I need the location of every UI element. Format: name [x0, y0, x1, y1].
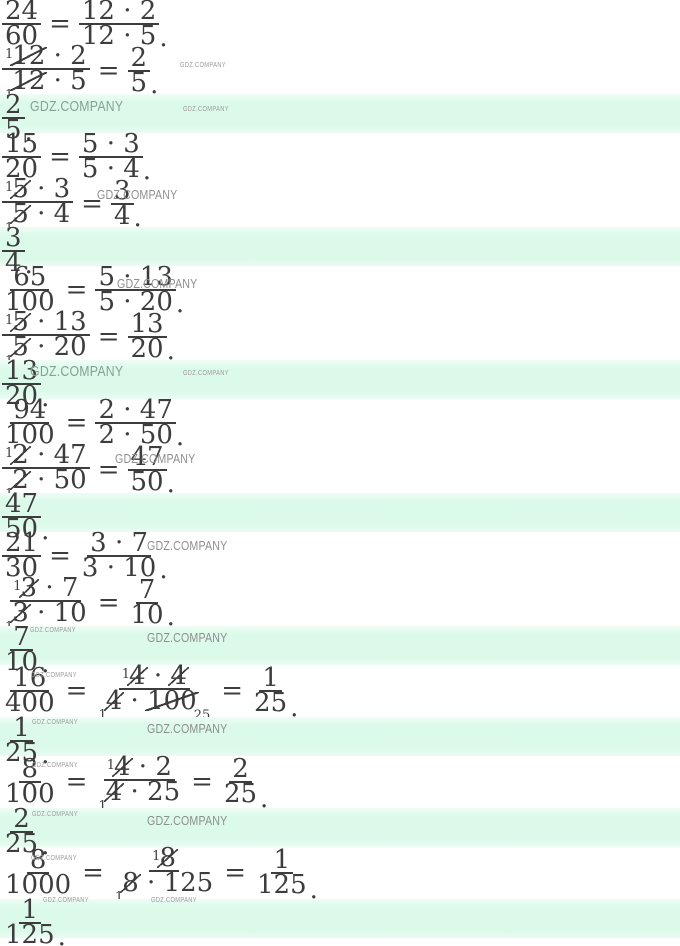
fraction: 15 · 1315 · 20 — [2, 312, 90, 362]
math-text: 5 — [131, 68, 148, 98]
cancelled-factor-icon: 12 — [12, 46, 45, 67]
solution-steps: 94100=2 · 472 · 50.12 · 4712 · 50=4750. — [0, 399, 680, 493]
math-text: · 5 — [45, 66, 86, 96]
watermark-text: GDZ.COMPANY — [151, 897, 197, 904]
answer-fraction: 34. — [2, 228, 33, 274]
math-step-line: 13 · 713 · 10=710. — [0, 579, 680, 626]
equals-sign: = — [49, 541, 71, 571]
period-mark: . — [176, 299, 184, 309]
cancelled-factor-icon: 4 — [106, 782, 123, 803]
math-step-line: 65100=5 · 135 · 20. — [0, 266, 680, 313]
watermark-text: GDZ.COMPANY — [32, 811, 78, 818]
cancelled-factor-icon: 4 — [114, 757, 131, 778]
equals-sign: = — [82, 858, 104, 888]
period-mark: . — [41, 526, 49, 536]
equals-sign: = — [98, 56, 120, 86]
watermark-text: GDZ.COMPANY — [31, 855, 77, 862]
cancelled-factor-icon: 2 — [12, 445, 29, 466]
watermark-text: GDZ.COMPANY — [147, 813, 227, 828]
problem-block: 81000=1818 · 125=1125.1125. — [0, 847, 680, 938]
math-step-line: 2460=12 · 212 · 5. — [0, 0, 680, 47]
watermark-text: GDZ.COMPANY — [183, 106, 229, 113]
solution-steps: 2460=12 · 212 · 5.112 · 2112 · 5=25. — [0, 0, 680, 94]
period-mark: . — [25, 260, 33, 270]
cancelled-factor-icon: 8 — [122, 873, 139, 894]
solution-steps: 1520=5 · 35 · 4.15 · 315 · 4=34. — [0, 133, 680, 227]
cancelled-factor-icon: 12 — [12, 71, 45, 92]
denominator: 12 · 5 — [79, 25, 159, 47]
denominator: 125 — [254, 874, 310, 896]
fraction: 5 · 35 · 4 — [79, 134, 143, 180]
watermark-text: GDZ.COMPANY — [180, 62, 226, 69]
period-mark: . — [260, 794, 268, 804]
math-text: · 125 — [139, 868, 213, 898]
denominator: 10 — [2, 651, 41, 673]
period-mark: . — [25, 127, 33, 137]
cancelled-factor-icon: 3 — [21, 578, 38, 599]
fraction: 34 — [2, 228, 25, 274]
math-text: 4 — [114, 201, 131, 231]
denominator: 5 — [2, 119, 25, 141]
math-text: · 25 — [122, 777, 180, 807]
problem-block: 2130=3 · 73 · 10.13 · 713 · 10=710.710. — [0, 532, 680, 665]
fraction: 13 · 713 · 10 — [2, 578, 90, 628]
watermark-text: GDZ.COMPANY — [147, 630, 227, 645]
watermark-text: GDZ.COMPANY — [32, 762, 78, 769]
answer-highlight-band: 710. — [0, 626, 680, 665]
answer-fraction: 1125. — [2, 900, 66, 946]
solution-steps: 81000=1818 · 125=1125. — [0, 847, 680, 899]
fraction: 2 · 472 · 50 — [95, 400, 175, 446]
math-text: · 4 — [29, 199, 70, 229]
fraction: 25 — [2, 95, 25, 141]
denominator: 5 — [128, 72, 151, 94]
answer-highlight-band: 34. — [0, 227, 680, 266]
equals-sign: = — [66, 408, 88, 438]
math-step-line: 112 · 2112 · 5=25. — [0, 47, 680, 94]
denominator: 14 · 25 — [95, 781, 183, 807]
period-mark: . — [167, 612, 175, 622]
denominator: 25 — [2, 833, 41, 855]
math-step-line: 8100=14 · 214 · 25=225. — [0, 756, 680, 808]
equals-sign: = — [49, 142, 71, 172]
denominator: 4 — [2, 252, 25, 274]
answer-highlight-band: 125. — [0, 717, 680, 756]
math-step-line: 1520=5 · 35 · 4. — [0, 133, 680, 180]
cancelled-factor-icon: 2 — [12, 470, 29, 491]
fraction: 1125 — [254, 850, 310, 896]
cancelled-factor-icon: 3 — [12, 603, 29, 624]
problem-block: 94100=2 · 472 · 50.12 · 4712 · 50=4750.4… — [0, 399, 680, 532]
fraction: 14 · 414 · 10025 — [95, 666, 213, 716]
denominator: 400 — [2, 692, 58, 714]
period-mark: . — [310, 885, 318, 895]
answer-fraction: 25. — [2, 95, 33, 141]
math-text: 20 — [5, 381, 38, 411]
denominator: 20 — [2, 385, 41, 407]
denominator: 5 · 4 — [79, 158, 143, 180]
math-text: 4 — [5, 248, 22, 278]
math-text: 20 — [131, 334, 164, 364]
solution-steps: 8100=14 · 214 · 25=225. — [0, 756, 680, 808]
watermark-text: GDZ.COMPANY — [30, 627, 76, 634]
period-mark: . — [143, 166, 151, 176]
watermark-text: GDZ.COMPANY — [117, 276, 197, 291]
equals-sign: = — [98, 322, 120, 352]
math-text: 50 — [131, 467, 164, 497]
fraction: 14 · 214 · 25 — [95, 757, 183, 807]
watermark-text: GDZ.COMPANY — [30, 98, 123, 115]
cancelled-factor-icon: 4 — [106, 691, 123, 712]
fraction: 25 — [128, 48, 151, 94]
fraction: 4750 — [2, 494, 41, 540]
cancelled-factor-icon: 4 — [129, 666, 146, 687]
math-text: 25 — [224, 779, 257, 809]
fraction: 1125 — [2, 900, 58, 946]
denominator: 125 — [2, 924, 58, 946]
worksheet-page: 2460=12 · 212 · 5.112 · 2112 · 5=25.25.1… — [0, 0, 680, 946]
denominator: 25 — [2, 742, 41, 764]
denominator: 14 · 10025 — [95, 690, 213, 716]
fraction: 112 · 2112 · 5 — [2, 46, 90, 96]
problem-block: 8100=14 · 214 · 25=225.225. — [0, 756, 680, 847]
answer-fraction: 4750. — [2, 494, 49, 540]
period-mark: . — [41, 841, 49, 851]
equals-sign: = — [66, 767, 88, 797]
math-step-line: 12 · 4712 · 50=4750. — [0, 446, 680, 493]
fraction: 125 — [251, 668, 290, 714]
period-mark: . — [58, 932, 66, 942]
cancelled-factor-icon: 5 — [12, 204, 29, 225]
equals-sign: = — [66, 275, 88, 305]
period-mark: . — [167, 346, 175, 356]
denominator: 10 — [128, 604, 167, 626]
math-step-line: 15 · 1315 · 20=1320. — [0, 313, 680, 360]
watermark-text: GDZ.COMPANY — [31, 672, 77, 679]
fraction: 225 — [221, 759, 260, 805]
cancelled-factor-icon: 8 — [159, 848, 176, 869]
math-step-line: 2130=3 · 73 · 10. — [0, 532, 680, 579]
math-step-line: 94100=2 · 472 · 50. — [0, 399, 680, 446]
denominator: 100 — [2, 783, 58, 805]
fraction: 1818 · 125 — [112, 848, 216, 898]
fraction: 15 · 315 · 4 — [2, 179, 73, 229]
period-mark: . — [150, 80, 158, 90]
equals-sign: = — [98, 588, 120, 618]
period-mark: . — [41, 393, 49, 403]
denominator: 1000 — [2, 874, 74, 896]
period-mark: . — [134, 213, 142, 223]
math-text: 125 — [5, 920, 55, 946]
fraction: 1320 — [128, 314, 167, 360]
cancelled-factor-icon: 5 — [12, 337, 29, 358]
fraction: 2460 — [2, 1, 41, 47]
watermark-text: GDZ.COMPANY — [43, 897, 89, 904]
watermark-text: GDZ.COMPANY — [115, 451, 195, 466]
denominator: 25 — [251, 692, 290, 714]
math-text: 25 — [254, 688, 287, 718]
math-text: 5 · 4 — [82, 154, 140, 184]
math-text: 50 — [5, 514, 38, 544]
watermark-text: GDZ.COMPANY — [32, 719, 78, 726]
math-text: 10 — [131, 600, 164, 630]
math-step-line: 81000=1818 · 125=1125. — [0, 847, 680, 899]
cancelled-factor-icon: 5 — [12, 312, 29, 333]
fraction: 12 · 212 · 5 — [79, 1, 159, 47]
period-mark: . — [41, 750, 49, 760]
denominator: 50 — [2, 518, 41, 540]
period-mark: . — [167, 479, 175, 489]
equals-sign: = — [191, 767, 213, 797]
denominator: 18 · 125 — [112, 872, 216, 898]
period-mark: . — [159, 33, 167, 43]
solution-steps: 2130=3 · 73 · 10.13 · 713 · 10=710. — [0, 532, 680, 626]
cancelled-factor-icon: 5 — [12, 179, 29, 200]
math-text: 125 — [257, 870, 307, 900]
period-mark: . — [41, 659, 49, 669]
problem-block: 16400=14 · 414 · 10025=125.125. — [0, 665, 680, 756]
equals-sign: = — [66, 676, 88, 706]
watermark-text: GDZ.COMPANY — [30, 363, 123, 380]
answer-highlight-band: 225. — [0, 808, 680, 847]
watermark-text: GDZ.COMPANY — [183, 370, 229, 377]
denominator: 20 — [128, 338, 167, 360]
solution-steps: 16400=14 · 414 · 10025=125. — [0, 665, 680, 717]
watermark-text: GDZ.COMPANY — [147, 721, 227, 736]
denominator: 50 — [128, 471, 167, 493]
period-mark: . — [159, 565, 167, 575]
equals-sign: = — [221, 676, 243, 706]
answer-highlight-band: 4750. — [0, 493, 680, 532]
math-step-line: 16400=14 · 414 · 10025=125. — [0, 665, 680, 717]
equals-sign: = — [49, 9, 71, 39]
fraction: 710 — [128, 580, 167, 626]
cancelled-factor-icon: 4 — [170, 666, 187, 687]
equals-sign: = — [224, 858, 246, 888]
answer-highlight-band: 1125. — [0, 899, 680, 938]
period-mark: . — [290, 703, 298, 713]
denominator: 4 — [111, 205, 134, 227]
cancelled-factor-icon: 100 — [147, 691, 197, 712]
math-text: · 10 — [29, 598, 87, 628]
fraction: 12 · 4712 · 50 — [2, 445, 90, 495]
math-text: 5 — [5, 115, 22, 145]
watermark-text: GDZ.COMPANY — [97, 187, 177, 202]
watermark-text: GDZ.COMPANY — [147, 538, 227, 553]
period-mark: . — [176, 432, 184, 442]
solution-steps: 65100=5 · 135 · 20.15 · 1315 · 20=1320. — [0, 266, 680, 360]
denominator: 25 — [221, 783, 260, 805]
